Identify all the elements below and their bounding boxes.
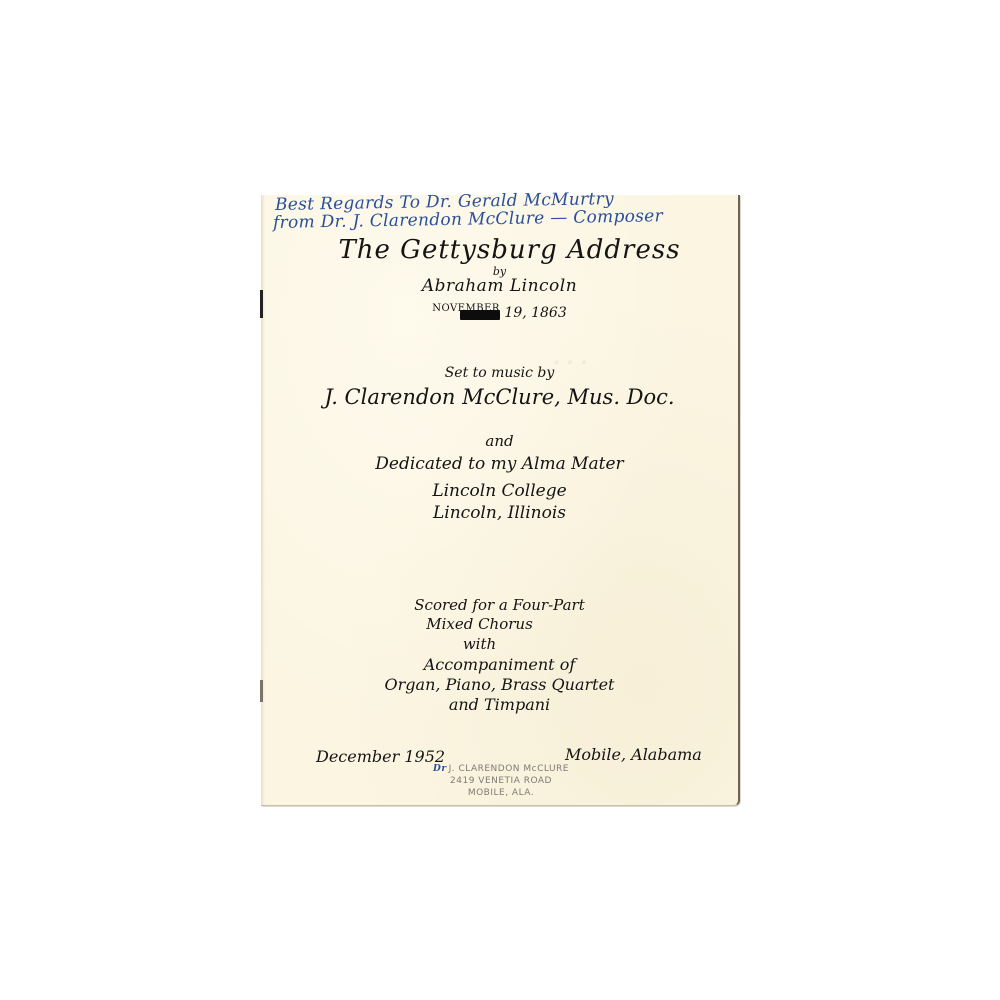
address-stamp: DrJ. CLARENDON McCLURE 2419 VENETIA ROAD…	[401, 763, 601, 799]
and-label: and	[261, 432, 738, 450]
author-name: Abraham Lincoln	[261, 276, 738, 296]
redaction-mark	[460, 310, 500, 320]
document-title: The Gettysburg Address	[261, 235, 738, 265]
scoring-line-2: Mixed Chorus	[261, 615, 738, 633]
stamp-line-1: DrJ. CLARENDON McCLURE	[401, 763, 601, 775]
stamp-handwritten-prefix: Dr	[433, 764, 447, 774]
composer-name: J. Clarendon McClure, Mus. Doc.	[261, 385, 738, 409]
date-day-year: 19, 1863	[504, 305, 566, 321]
footer-place: Mobile, Alabama	[565, 745, 702, 764]
set-to-music-label: Set to music by	[261, 365, 738, 381]
scoring-line-4: Accompaniment of	[261, 655, 738, 674]
scan-background: ꞏ ꞏ ꞏ Best Regards To Dr. Gerald McMurtr…	[0, 0, 1000, 1000]
scoring-line-5: Organ, Piano, Brass Quartet	[261, 675, 738, 694]
document-page: ꞏ ꞏ ꞏ Best Regards To Dr. Gerald McMurtr…	[261, 195, 740, 806]
scoring-line-6: and Timpani	[261, 695, 738, 714]
college-name: Lincoln College	[261, 481, 738, 501]
stamp-line-2: 2419 VENETIA ROAD	[401, 775, 601, 787]
dedication: Dedicated to my Alma Mater	[261, 454, 738, 474]
scoring-line-1: Scored for a Four-Part	[261, 596, 738, 614]
stamp-line-3: MOBILE, ALA.	[401, 787, 601, 799]
college-location: Lincoln, Illinois	[261, 503, 738, 523]
date-month: NOVEMBER	[432, 303, 500, 314]
date-line: NOVEMBER 19, 1863	[261, 303, 738, 321]
stamp-name: J. CLARENDON McCLURE	[449, 764, 569, 774]
scoring-line-3: with	[261, 635, 738, 653]
